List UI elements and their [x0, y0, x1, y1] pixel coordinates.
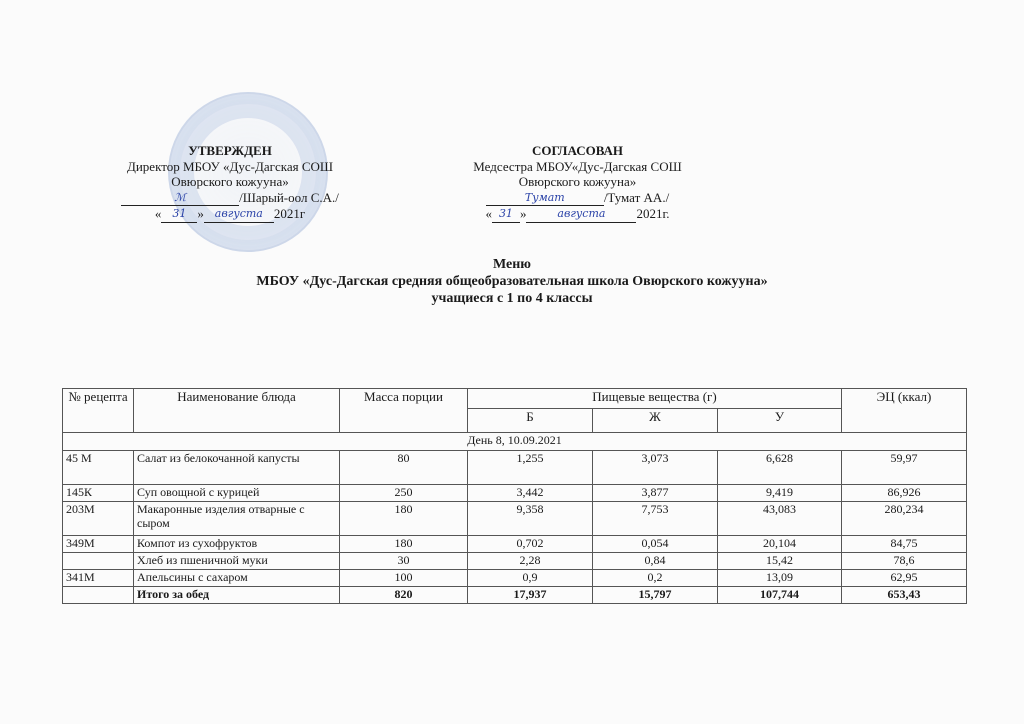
- header-row: № рецепта Наименование блюда Масса порци…: [63, 389, 967, 409]
- handwritten-month: августа: [526, 206, 636, 222]
- col-portion: Масса порции: [340, 389, 468, 433]
- cell-recipe: [63, 587, 134, 604]
- agreement-org: Овюрского кожууна»: [445, 174, 710, 190]
- cell-carbs: 6,628: [718, 451, 842, 485]
- menu-title: Меню: [0, 256, 1024, 273]
- cell-fat: 0,84: [593, 553, 718, 570]
- table-row: Хлеб из пшеничной муки302,280,8415,4278,…: [63, 553, 967, 570]
- agreement-title: СОГЛАСОВАН: [445, 143, 710, 159]
- cell-carbs: 15,42: [718, 553, 842, 570]
- col-fat: Ж: [593, 409, 718, 433]
- approval-signature-row: ℳ /Шарый-оол С.А./: [95, 190, 365, 207]
- col-recipe-no: № рецепта: [63, 389, 134, 433]
- cell-dish: Апельсины с сахаром: [134, 570, 340, 587]
- menu-heading: Меню МБОУ «Дус-Дагская средняя общеобраз…: [0, 256, 1024, 307]
- cell-recipe: 349М: [63, 536, 134, 553]
- col-dish: Наименование блюда: [134, 389, 340, 433]
- cell-energy: 78,6: [842, 553, 967, 570]
- table-row: 145КСуп овощной с курицей2503,4423,8779,…: [63, 485, 967, 502]
- cell-portion: 180: [340, 502, 468, 536]
- cell-dish: Суп овощной с курицей: [134, 485, 340, 502]
- cell-protein: 0,9: [468, 570, 593, 587]
- cell-recipe: 203М: [63, 502, 134, 536]
- cell-dish: Компот из сухофруктов: [134, 536, 340, 553]
- approval-date: «31 »августа 2021г: [95, 206, 365, 223]
- cell-energy: 653,43: [842, 587, 967, 604]
- cell-fat: 7,753: [593, 502, 718, 536]
- signature-line: ℳ: [121, 190, 239, 207]
- handwritten-signature: ℳ: [121, 190, 239, 206]
- col-energy: ЭЦ (ккал): [842, 389, 967, 433]
- approval-block: УТВЕРЖДЕН Директор МБОУ «Дус-Дагская СОШ…: [95, 143, 365, 223]
- cell-portion: 180: [340, 536, 468, 553]
- cell-energy: 280,234: [842, 502, 967, 536]
- cell-recipe: [63, 553, 134, 570]
- cell-dish: Итого за обед: [134, 587, 340, 604]
- cell-carbs: 107,744: [718, 587, 842, 604]
- col-protein: Б: [468, 409, 593, 433]
- total-row: Итого за обед82017,93715,797107,744653,4…: [63, 587, 967, 604]
- day-label: День 8, 10.09.2021: [63, 433, 967, 451]
- table-row: 349МКомпот из сухофруктов1800,7020,05420…: [63, 536, 967, 553]
- cell-portion: 100: [340, 570, 468, 587]
- cell-protein: 17,937: [468, 587, 593, 604]
- handwritten-signature: Тумат: [486, 190, 604, 206]
- cell-protein: 0,702: [468, 536, 593, 553]
- cell-protein: 3,442: [468, 485, 593, 502]
- agreement-block: СОГЛАСОВАН Медсестра МБОУ«Дус-Дагская СО…: [445, 143, 710, 223]
- cell-dish: Макаронные изделия отварные с сыром: [134, 502, 340, 536]
- cell-portion: 250: [340, 485, 468, 502]
- col-carbs: У: [718, 409, 842, 433]
- cell-fat: 0,054: [593, 536, 718, 553]
- cell-protein: 2,28: [468, 553, 593, 570]
- table-row: 203ММакаронные изделия отварные с сыром1…: [63, 502, 967, 536]
- approval-position: Директор МБОУ «Дус-Дагская СОШ: [95, 159, 365, 175]
- cell-protein: 1,255: [468, 451, 593, 485]
- cell-carbs: 43,083: [718, 502, 842, 536]
- school-name: МБОУ «Дус-Дагская средняя общеобразовате…: [0, 273, 1024, 290]
- cell-protein: 9,358: [468, 502, 593, 536]
- cell-energy: 59,97: [842, 451, 967, 485]
- grade-range: учащиеся с 1 по 4 классы: [0, 290, 1024, 307]
- cell-carbs: 13,09: [718, 570, 842, 587]
- agreement-date: «31 »августа 2021г.: [445, 206, 710, 223]
- approval-org: Овюрского кожууна»: [95, 174, 365, 190]
- cell-fat: 0,2: [593, 570, 718, 587]
- agreement-signature-row: Тумат /Тумат АА./: [445, 190, 710, 207]
- cell-dish: Салат из белокочанной капусты: [134, 451, 340, 485]
- cell-dish: Хлеб из пшеничной муки: [134, 553, 340, 570]
- cell-recipe: 45 М: [63, 451, 134, 485]
- cell-energy: 84,75: [842, 536, 967, 553]
- cell-fat: 3,073: [593, 451, 718, 485]
- cell-portion: 30: [340, 553, 468, 570]
- handwritten-day: 31: [492, 206, 520, 222]
- agreement-year: 2021г.: [636, 206, 669, 221]
- approval-year: 2021г: [274, 206, 305, 221]
- col-nutrients: Пищевые вещества (г): [468, 389, 842, 409]
- day-row: День 8, 10.09.2021: [63, 433, 967, 451]
- table-row: 341МАпельсины с сахаром1000,90,213,0962,…: [63, 570, 967, 587]
- cell-portion: 820: [340, 587, 468, 604]
- cell-recipe: 145К: [63, 485, 134, 502]
- cell-energy: 62,95: [842, 570, 967, 587]
- cell-fat: 3,877: [593, 485, 718, 502]
- cell-recipe: 341М: [63, 570, 134, 587]
- cell-carbs: 20,104: [718, 536, 842, 553]
- approval-title: УТВЕРЖДЕН: [95, 143, 365, 159]
- cell-fat: 15,797: [593, 587, 718, 604]
- approval-signer: /Шарый-оол С.А./: [239, 190, 339, 205]
- cell-portion: 80: [340, 451, 468, 485]
- handwritten-month: августа: [204, 206, 274, 222]
- agreement-position: Медсестра МБОУ«Дус-Дагская СОШ: [445, 159, 710, 175]
- handwritten-day: 31: [161, 206, 197, 222]
- menu-table: № рецепта Наименование блюда Масса порци…: [62, 388, 967, 604]
- signature-line: Тумат: [486, 190, 604, 207]
- agreement-signer: /Тумат АА./: [604, 190, 669, 205]
- cell-energy: 86,926: [842, 485, 967, 502]
- cell-carbs: 9,419: [718, 485, 842, 502]
- table-row: 45 МСалат из белокочанной капусты801,255…: [63, 451, 967, 485]
